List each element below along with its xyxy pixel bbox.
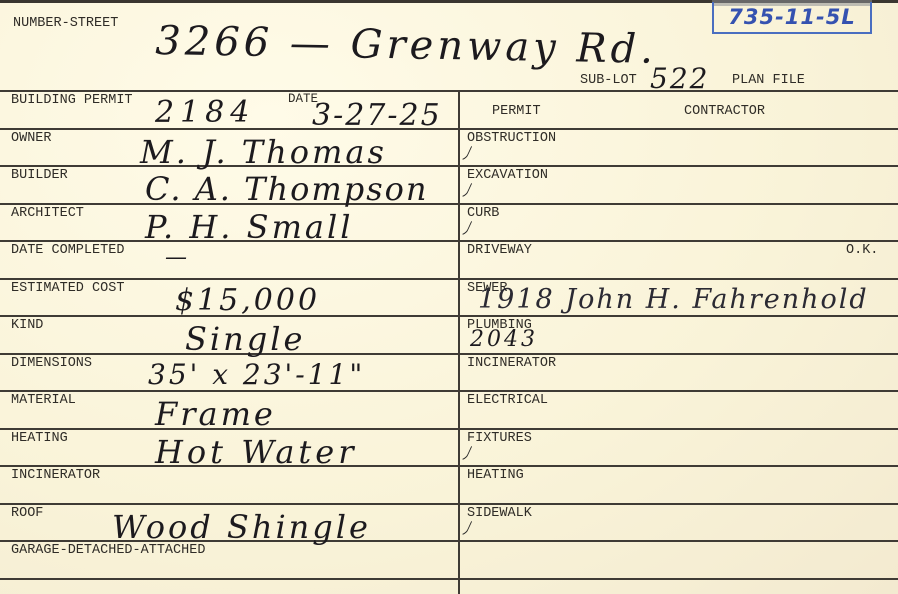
left-field-value: — [165,245,187,270]
left-field-value: Hot Water [155,433,357,471]
right-field-label: CURB [467,206,499,221]
right-field-label: SIDEWALK [467,506,532,521]
permit-column-header: PERMIT [492,104,541,119]
sewer-contractor-value: 1918 John H. Fahrenhold [478,284,869,315]
right-rule [458,390,898,392]
left-rule [0,90,458,92]
left-field-value: P. H. Small [145,208,353,246]
left-field-value: C. A. Thompson [145,170,428,208]
left-field-label: HEATING [11,431,68,446]
left-field-label: OWNER [11,131,52,146]
right-rule [458,503,898,505]
right-field-label: ELECTRICAL [467,393,548,408]
left-field-label: BUILDER [11,168,68,183]
left-field-label: BUILDING PERMIT [11,93,133,108]
left-rule [0,278,458,280]
contractor-column-header: CONTRACTOR [684,104,765,119]
left-field-value: Frame [155,395,276,433]
right-rule [458,128,898,130]
right-field-label: FIXTURES [467,431,532,446]
left-field-value: Single [185,320,305,358]
left-field-label: ARCHITECT [11,206,84,221]
plumbing-permit-value: 2043 [470,327,538,352]
sub-lot-label: SUB-LOT [580,73,637,88]
left-field-value: $15,000 [175,283,320,318]
left-field-label: GARAGE-DETACHED-ATTACHED [11,543,205,558]
right-field-label: OBSTRUCTION [467,131,556,146]
right-rule [458,278,898,280]
left-field-label: ESTIMATED COST [11,281,124,296]
right-rule [458,578,898,580]
left-field-label: DIMENSIONS [11,356,92,371]
left-field-label: ROOF [11,506,43,521]
building-permit-card: 735-11-5L NUMBER-STREET 3266 — Grenway R… [0,0,898,594]
number-street-label: NUMBER-STREET [13,16,118,31]
file-number-stamp: 735-11-5L [712,2,872,34]
left-field-label: KIND [11,318,43,333]
right-rule [458,90,898,92]
left-rule [0,578,458,580]
right-rule [458,165,898,167]
right-rule [458,353,898,355]
right-field-label: EXCAVATION [467,168,548,183]
right-field-label: HEATING [467,468,524,483]
right-rule [458,240,898,242]
left-rule [0,503,458,505]
right-rule [458,428,898,430]
right-field-label: DRIVEWAY [467,243,532,258]
right-rule [458,203,898,205]
right-rule [458,315,898,317]
left-field-value: Wood Shingle [112,508,371,546]
left-field-value: 35' x 23'-11" [148,358,365,391]
left-field-label: MATERIAL [11,393,76,408]
number-street-value: 3266 — Grenway Rd. [155,18,657,73]
driveway-ok-status: O.K. [846,243,878,258]
left-field-label: DATE COMPLETED [11,243,124,258]
left-field-value: M. J. Thomas [140,133,387,171]
right-field-label: INCINERATOR [467,356,556,371]
left-field-value: 2184 [155,95,255,130]
right-rule [458,540,898,542]
right-rule [458,465,898,467]
plan-file-label: PLAN FILE [732,73,805,88]
left-field-label: INCINERATOR [11,468,100,483]
